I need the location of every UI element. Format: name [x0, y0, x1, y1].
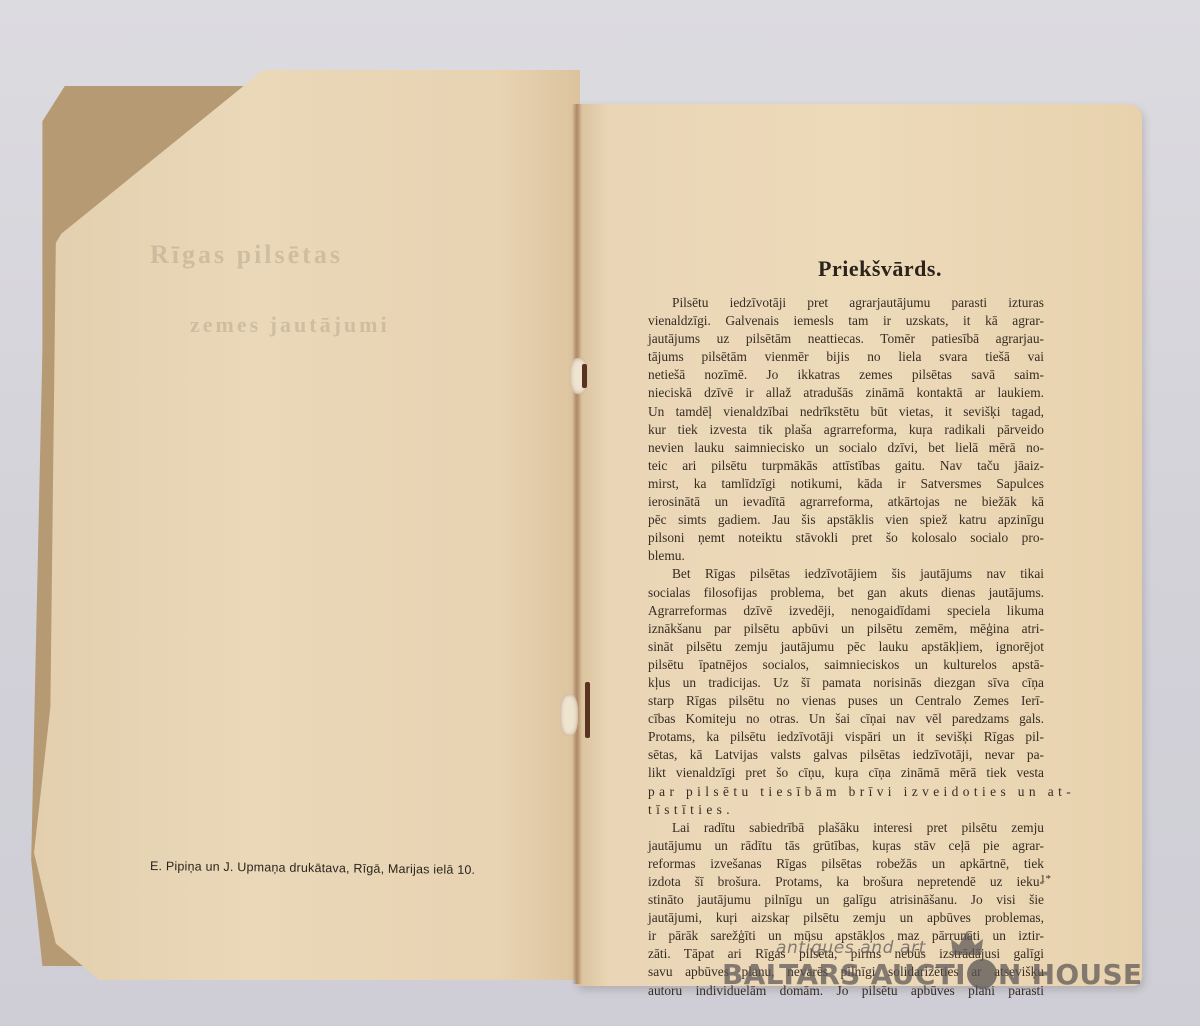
text-line-emphasis: par pilsētu tiesībām brīvi izveidoties u…: [648, 783, 1044, 801]
photo-scene: Rīgas pilsētas zemes jautājumi E. Pipiņa…: [0, 0, 1200, 1026]
watermark-brand: BALTARS AUCTIN HOUSE: [722, 958, 1142, 991]
watermark-brand-part2: N HOUSE: [998, 958, 1143, 991]
text-line: stināto jautājumu pilnīgu un galīgu atri…: [648, 891, 1044, 909]
text-line: nieciskā dzīvē ir allaž atradušās zināmā…: [648, 384, 1044, 402]
text-line: izdota šī brošura. Protams, ka brošura n…: [648, 873, 1044, 891]
text-line: jautājumu un rādītu tās grūtības, kuŗas …: [648, 837, 1044, 855]
bleed-through-line-2: zemes jautājumi: [190, 312, 390, 338]
text-line: teic ari pilsētu turpmākās attīstības ga…: [648, 457, 1044, 475]
text-line: kur tiek izvesta tik plaša agrarreforma,…: [648, 421, 1044, 439]
staple-top-icon: [582, 364, 587, 388]
text-line: sināt pilsētu zemju jautājumu pēc lauku …: [648, 638, 1044, 656]
page-number: 1*: [1040, 873, 1051, 885]
text-line: Protams, ka pilsētu iedzīvotāji vispāri …: [648, 728, 1044, 746]
text-line: jautājums uz pilsētām neattiecas. Tomēr …: [648, 330, 1044, 348]
crown-icon: [949, 929, 985, 957]
text-line: socialas filosofijas problema, bet gan a…: [648, 584, 1044, 602]
text-line: kļus un tradicijas. Uz šī pamata norisin…: [648, 674, 1044, 692]
staple-bottom-icon: [585, 682, 590, 738]
text-line: netiešā nozīmē. Jo ikkatras zemes pilsēt…: [648, 366, 1044, 384]
book-gutter: [572, 104, 582, 984]
text-line: Bet Rīgas pilsētas iedzīvotājiem šis jau…: [648, 565, 1044, 583]
bleed-through-line-1: Rīgas pilsētas: [150, 240, 343, 270]
text-line: Lai radītu sabiedrībā plašāku interesi p…: [648, 819, 1044, 837]
text-line: pilsoni ņemt noteiktu stāvokli pret šo k…: [648, 529, 1044, 547]
text-line: Pilsētu iedzīvotāji pret agrarjautājumu …: [648, 294, 1044, 312]
text-line: starp Rīgas pilsētu no vienas puses un C…: [648, 692, 1044, 710]
text-line: cības Komiteju no otras. Un šai cīņai na…: [648, 710, 1044, 728]
left-page: [34, 70, 580, 980]
page-title: Priekšvārds.: [600, 256, 1160, 282]
text-line: likt vienaldzīgi pret šo cīņu, kuŗa cīņa…: [648, 764, 1044, 782]
watermark-brand-part1: BALTARS AUCTI: [722, 958, 966, 991]
text-line: blemu.: [648, 547, 1044, 565]
text-line: sētas, kā Latvijas valsts galvas pilsēta…: [648, 746, 1044, 764]
text-line-emphasis: tīstīties.: [648, 801, 1044, 819]
text-line: vienaldzīgi. Galvenais iemesls tam ir uz…: [648, 312, 1044, 330]
text-line: pilsētu īpatnējos socialos, saimniecisko…: [648, 656, 1044, 674]
text-line: pēc simts gadiem. Jau šis apstāklis vien…: [648, 511, 1044, 529]
text-line: ierosinātā un ievadītā agrarreforma, atk…: [648, 493, 1044, 511]
text-line: Un tamdēļ vienaldzībai nedrīkstētu būt v…: [648, 403, 1044, 421]
preface-text: Pilsētu iedzīvotāji pret agrarjautājumu …: [648, 294, 1044, 1000]
text-line: tājums pilsētām vienmēr bijis no liela s…: [648, 348, 1044, 366]
text-line: nevien lauku saimniecisko un socialo dzī…: [648, 439, 1044, 457]
orb-icon: [967, 959, 997, 989]
text-line: Agrarreformas dzīvē izvedēji, nenogaidīd…: [648, 602, 1044, 620]
text-line: iznākšanu par pilsētu apbūvi un pilsētu …: [648, 620, 1044, 638]
text-line: reformas izvešanas Rīgas pilsētas robežā…: [648, 855, 1044, 873]
text-line: mirst, ka tamlīdzīgi notikumi, kāda ir S…: [648, 475, 1044, 493]
watermark-tagline: antiques and art: [776, 938, 926, 958]
staple-tear-bottom: [560, 694, 578, 736]
text-line: jautājumi, kuŗi aizskaŗ pilsētu zemju un…: [648, 909, 1044, 927]
